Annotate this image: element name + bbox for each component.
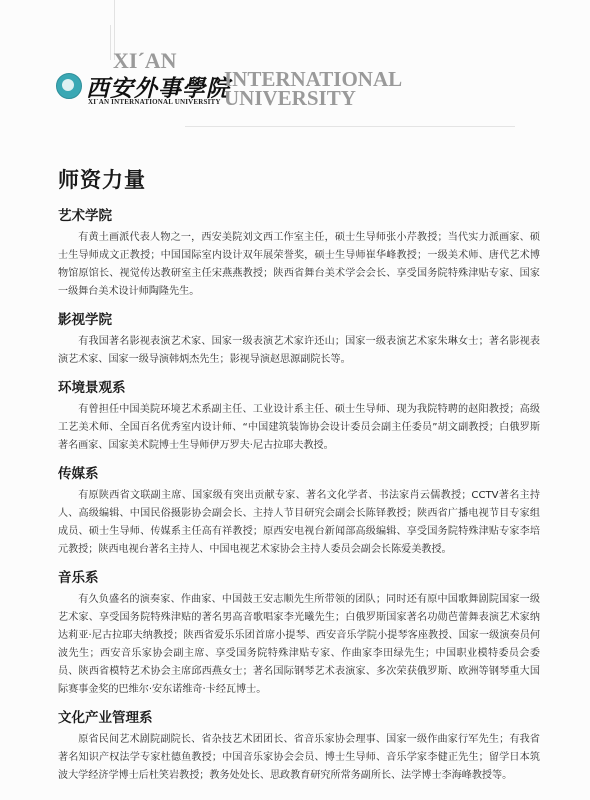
section-body: 有原陕西省文联副主席、国家级有突出贡献专家、著名文化学者、书法家肖云儒教授；CC… [58,487,540,559]
section-body: 有曾担任中国美院环境艺术系副主任、工业设计系主任、硕士生导师、现为我院特聘的赵阳… [58,401,540,455]
section-title: 影视学院 [58,308,540,328]
faculty-content: 师资力量 艺术学院 有黄土画派代表人物之一，西安美院刘文西工作室主任，硕士生导师… [58,164,540,792]
logo-english-big: INTERNATIONAL UNIVERSITY [224,70,402,108]
section-media-dept: 传媒系 有原陕西省文联副主席、国家级有突出贡献专家、著名文化学者、书法家肖云儒教… [58,462,540,559]
section-title: 艺术学院 [58,204,540,224]
section-body: 原省民间艺术剧院副院长、省杂技艺术团团长、省音乐家协会理事、国家一级作曲家行军先… [58,731,540,785]
university-emblem-icon [56,73,82,99]
section-music-dept: 音乐系 有久负盛名的演奏家、作曲家、中国鼓王安志顺先生所带领的团队；同时还有原中… [58,566,540,699]
university-logo-header: XI´AN 西安外事學院 XI´AN INTERNATIONAL UNIVERS… [0,0,590,130]
logo-english-small: XI´AN INTERNATIONAL UNIVERSITY [88,98,221,106]
section-title: 传媒系 [58,462,540,482]
page-title: 师资力量 [58,164,540,194]
section-landscape-dept: 环境景观系 有曾担任中国美院环境艺术系副主任、工业设计系主任、硕士生导师、现为我… [58,376,540,455]
section-body: 有久负盛名的演奏家、作曲家、中国鼓王安志顺先生所带领的团队；同时还有原中国歌舞剧… [58,591,540,699]
section-title: 音乐系 [58,566,540,586]
logo-university: UNIVERSITY [224,89,402,108]
section-art-college: 艺术学院 有黄土画派代表人物之一，西安美院刘文西工作室主任，硕士生导师张小芹教授… [58,204,540,301]
section-body: 有黄土画派代表人物之一，西安美院刘文西工作室主任，硕士生导师张小芹教授；当代实力… [58,229,540,301]
section-culture-industry-dept: 文化产业管理系 原省民间艺术剧院副院长、省杂技艺术团团长、省音乐家协会理事、国家… [58,706,540,785]
section-title: 环境景观系 [58,376,540,396]
section-title: 文化产业管理系 [58,706,540,726]
section-body: 有我国著名影视表演艺术家、国家一级表演艺术家许还山；国家一级表演艺术家朱琳女士；… [58,333,540,369]
section-film-college: 影视学院 有我国著名影视表演艺术家、国家一级表演艺术家许还山；国家一级表演艺术家… [58,308,540,369]
header-divider [185,126,515,127]
